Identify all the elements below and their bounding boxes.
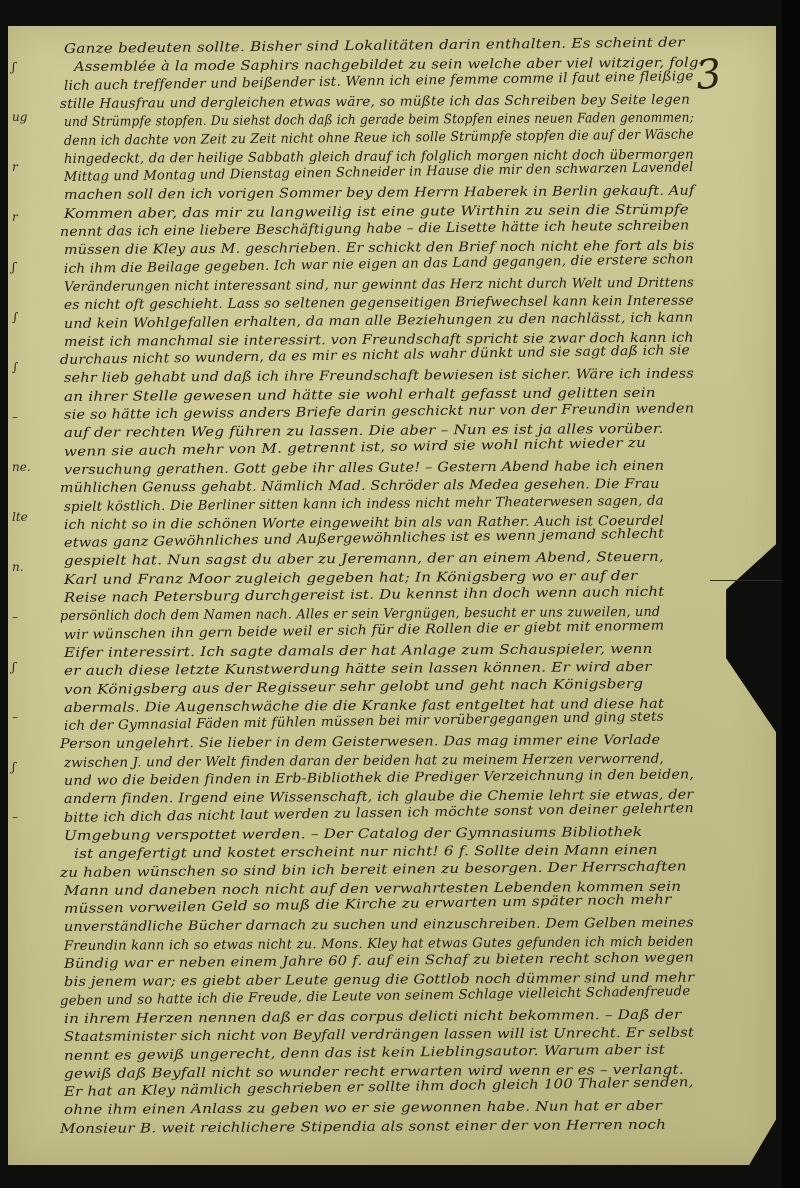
margin-annotation: lte [12,510,28,524]
margin-annotation: ne. [12,460,31,474]
margin-annotation: – [12,710,18,724]
margin-annotation: – [12,410,18,424]
margin-annotation: ∫ [12,310,18,324]
margin-annotation: ʃ [12,60,15,74]
fold-crease [710,580,782,581]
margin-annotation: ug [12,110,27,124]
margin-annotation: r [12,210,18,224]
margin-annotation: ʃ [12,760,15,774]
margin-annotation: – [12,610,18,624]
margin-annotation: ʃ [12,260,15,274]
margin-annotation: n. [12,560,24,574]
margin-annotation: ∫ [12,360,18,374]
margin-annotation: ʃ [12,660,15,674]
left-margin-notes: ʃugrrʃ∫∫–ne.lten.–ʃ–ʃ– [12,60,48,860]
margin-annotation: – [12,810,18,824]
margin-annotation: r [12,160,18,174]
scan-right-border [782,0,800,1188]
